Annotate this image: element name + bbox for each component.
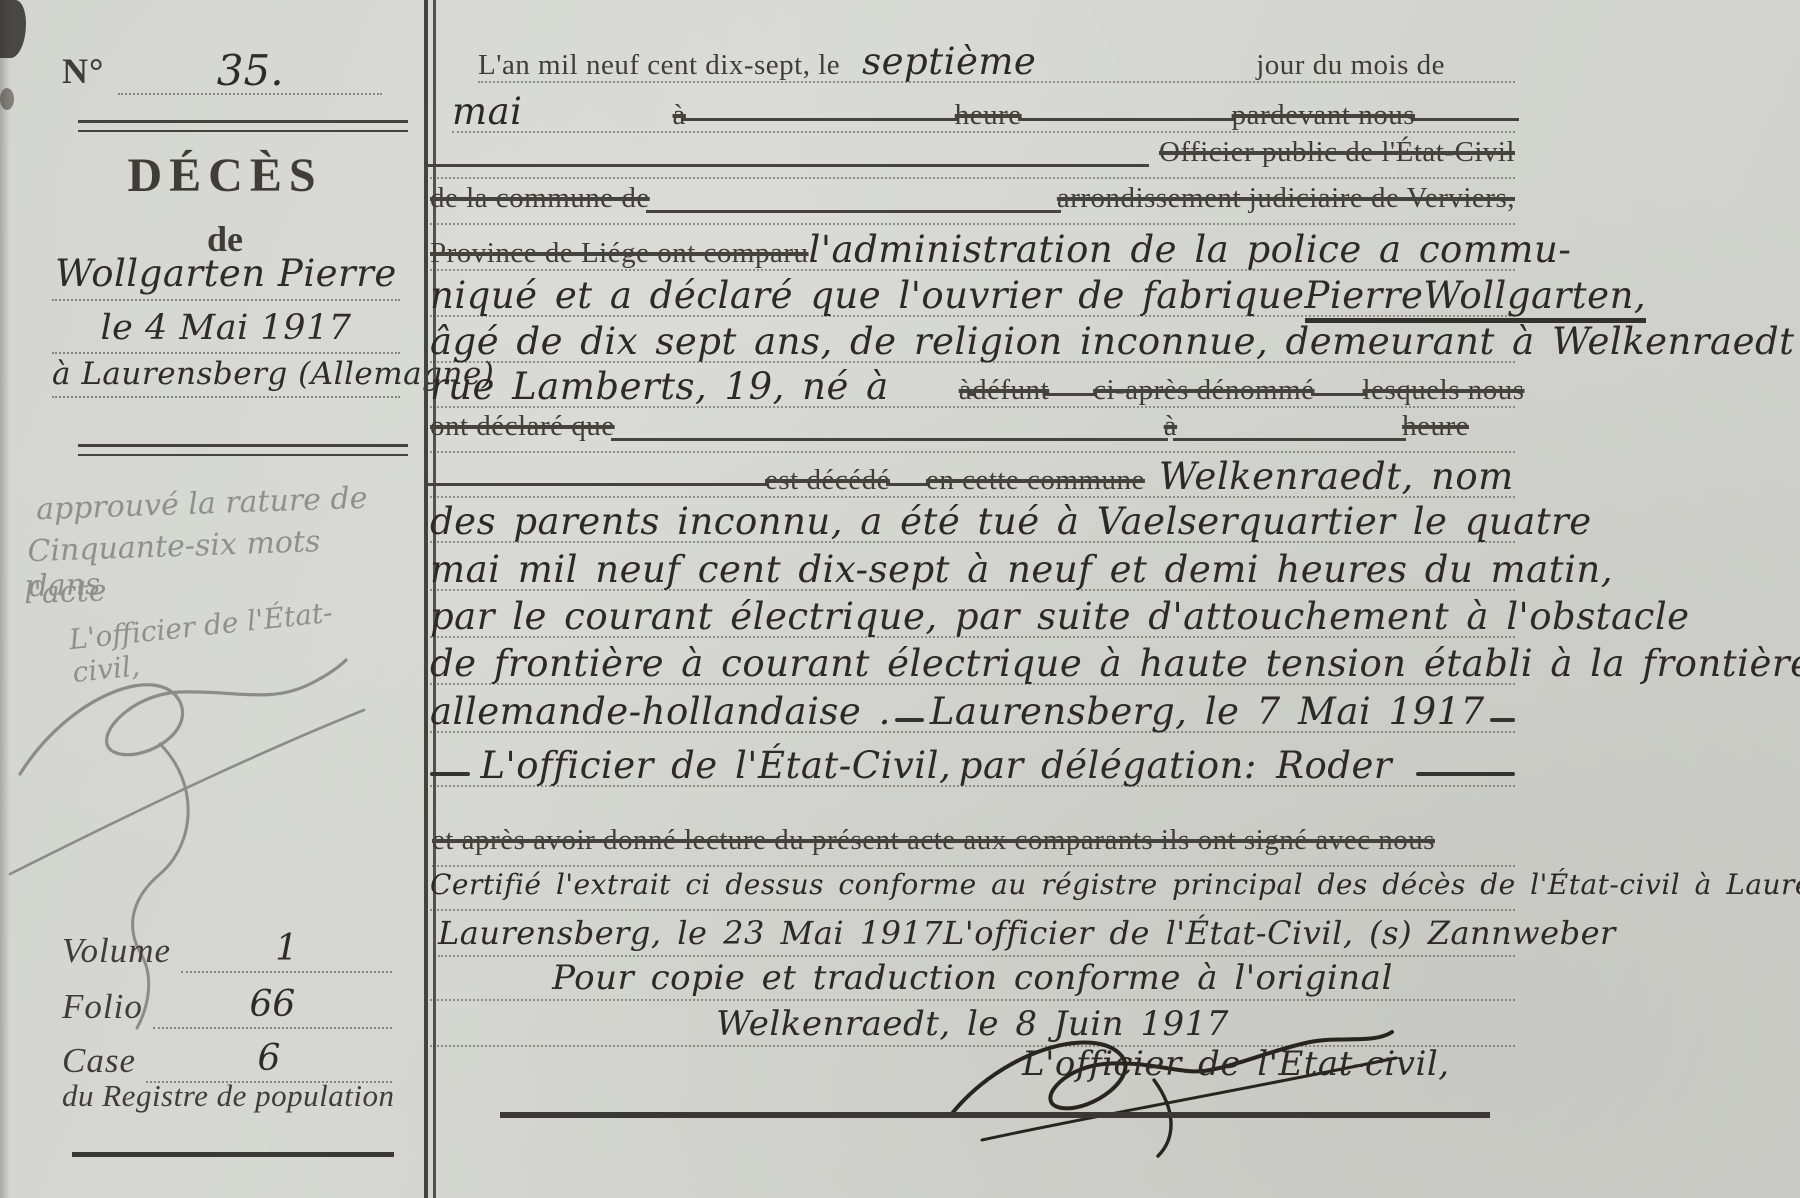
officer-pencil-signature: [8, 622, 380, 1042]
handwritten-text: de frontière à courant électrique à haut…: [430, 642, 1800, 685]
handwritten-dash: [895, 718, 925, 722]
dotted-blank-line: [889, 365, 959, 413]
act-line-17: et après avoir donné lecture du présent …: [432, 824, 1515, 872]
struck-blank-line: [1049, 365, 1093, 413]
act-number-value: 35.: [217, 46, 284, 95]
act-line-5: Province de Liége ont comparul'administr…: [430, 228, 1515, 276]
printed-form-text: à: [672, 99, 685, 132]
handwritten-text: Pour copie et traduction conforme à l'or…: [552, 958, 1393, 998]
printed-form-text: heure: [1402, 410, 1469, 443]
printed-form-text: arrondissement judiciaire de Verviers,: [1057, 182, 1515, 215]
struck-blank-line: [430, 455, 765, 503]
handwritten-text: mai: [452, 90, 522, 133]
registry-folio-label: Folio: [62, 987, 143, 1027]
dotted-blank-line: [522, 90, 672, 138]
handwritten-text: mai mil neuf cent dix-sept à neuf et dem…: [430, 548, 1613, 591]
act-line-3: Officier public de l'État-Civil: [430, 136, 1515, 184]
printed-form-text: lesquels nous: [1363, 374, 1525, 407]
act-line-15: allemande-hollandaise .Laurensberg, le 7…: [430, 690, 1515, 738]
handwritten-text: rue Lamberts, 19, né à: [430, 365, 889, 408]
handwritten-text: Laurensberg, le 7 Mai 1917: [930, 690, 1485, 733]
handwritten-text: l'administration de la police a commu-: [809, 228, 1572, 271]
printed-form-text: pardevant nous: [1232, 99, 1415, 132]
act-number-row: N° 35.: [62, 44, 382, 95]
printed-form-text: en cette commune: [926, 464, 1145, 497]
handwritten-text: Welkenraedt, le 8 Juin 1917: [716, 1004, 1229, 1044]
act-number-line: 35.: [118, 44, 382, 95]
registry-volume-row: Volume 1: [62, 930, 392, 973]
struck-blank-line: [1415, 90, 1515, 138]
act-line-8: rue Lamberts, 19, né ààdéfuntci-après dé…: [430, 365, 1515, 413]
registry-folio-row: Folio 66: [62, 986, 392, 1029]
registry-volume-label: Volume: [62, 931, 171, 971]
registry-folio-value: 66: [250, 984, 296, 1025]
death-date: le 4 Mai 1917: [100, 308, 351, 348]
struck-blank-line: [1177, 410, 1402, 458]
struck-blank-line: [650, 182, 1057, 230]
printed-form-text: ci-après dénommé: [1093, 374, 1314, 407]
handwritten-text: Pierre: [1305, 274, 1424, 323]
handwritten-text: niqué et a déclaré que l'ouvrier de fabr…: [430, 274, 1305, 317]
deceased-name: Wollgarten Pierre: [55, 252, 397, 295]
handwritten-text: Roder: [1276, 744, 1392, 787]
handwritten-text: par le courant électrique, par suite d'a…: [430, 595, 1690, 638]
printed-form-text: et après avoir donné lecture du présent …: [432, 824, 1435, 857]
handwritten-text: des parents inconnu, a été tué à Vaelser…: [430, 500, 1592, 543]
margin-death-place-row: à Laurensberg (Allemagne): [52, 356, 400, 398]
act-number-label: N°: [62, 50, 104, 92]
dotted-blank-line: [1445, 40, 1515, 88]
struck-blank-line: [1022, 90, 1232, 138]
dotted-blank-line: [1469, 410, 1515, 458]
registry-volume-line: 1: [181, 930, 392, 973]
act-line-10: est décédéen cette communeWelkenraedt, n…: [430, 455, 1515, 503]
margin-deceased-name-row: Wollgarten Pierre: [52, 252, 400, 301]
act-line-1: L'an mil neuf cent dix-sept, leseptièmej…: [478, 40, 1515, 88]
registry-volume-value: 1: [275, 928, 298, 969]
body-bottom-rule: [500, 1112, 1490, 1118]
act-line-2: maiàheurepardevant nous: [452, 90, 1515, 138]
printed-form-text: est décédé: [765, 464, 890, 497]
act-line-7: âgé de dix sept ans, de religion inconnu…: [430, 320, 1515, 368]
handwritten-text: septième: [862, 40, 1036, 83]
handwritten-text: Wollgarten,: [1423, 274, 1646, 323]
act-line-19: Laurensberg, le 23 Mai 1917L'officier de…: [438, 914, 1515, 962]
act-line-11: des parents inconnu, a été tué à Vaelser…: [430, 500, 1515, 548]
handwritten-text: par délégation:: [959, 744, 1257, 787]
act-line-16: L'officier de l'État-Civil,par délégatio…: [430, 744, 1515, 792]
handwritten-dash: [1416, 772, 1515, 776]
margin-bottom-rule: [72, 1152, 394, 1157]
printed-form-text: Officier public de l'État-Civil: [1159, 136, 1515, 169]
handwritten-text: L'officier de l'État-Civil,: [480, 744, 951, 787]
struck-blank-line: [615, 410, 1164, 458]
struck-blank-line: [686, 90, 955, 138]
act-line-12: mai mil neuf cent dix-sept à neuf et dem…: [430, 548, 1515, 596]
act-line-18: Certifié l'extrait ci dessus conforme au…: [430, 868, 1515, 916]
dotted-blank-line: [1036, 40, 1256, 88]
struck-blank-line: [1315, 365, 1363, 413]
registry-case-row: Case 6: [62, 1040, 392, 1083]
printed-form-text: à: [1164, 410, 1177, 443]
printed-form-text: heure: [955, 99, 1022, 132]
registry-case-label: Case: [62, 1041, 136, 1081]
death-certificate-page: N° 35. DÉCÈS de Wollgarten Pierre le 4 M…: [0, 0, 1800, 1198]
handwritten-dash: [430, 772, 470, 776]
printed-form-text: L'an mil neuf cent dix-sept, le: [478, 49, 840, 82]
handwritten-text: Welkenraedt, nom: [1159, 455, 1514, 498]
act-line-4: de la commune dearrondissement judiciair…: [430, 182, 1515, 230]
printed-form-text: défunt: [972, 374, 1049, 407]
act-line-20: Pour copie et traduction conforme à l'or…: [430, 958, 1515, 1006]
handwritten-text: Certifié l'extrait ci dessus conforme au…: [430, 868, 1800, 901]
margin-double-rule-top: [78, 120, 408, 132]
printed-form-text: à: [959, 374, 972, 407]
act-type-title: DÉCÈS: [60, 148, 390, 203]
printed-form-text: jour du mois de: [1256, 49, 1445, 82]
printed-form-text: de la commune de: [430, 182, 650, 215]
act-line-13: par le courant électrique, par suite d'a…: [430, 595, 1515, 643]
margin-death-date-row: le 4 Mai 1917: [52, 308, 400, 354]
registry-footer: du Registre de population: [62, 1078, 402, 1114]
act-line-14: de frontière à courant électrique à haut…: [430, 642, 1515, 690]
registry-case-line: 6: [146, 1040, 392, 1083]
act-line-9: ont déclaré queàheure: [430, 410, 1515, 458]
handwritten-text: Laurensberg, le 23 Mai 1917: [438, 914, 943, 952]
struck-blank-line: [890, 455, 926, 503]
handwritten-text: allemande-hollandaise .: [430, 690, 891, 733]
printed-form-text: Province de Liége ont comparu: [430, 237, 809, 270]
handwritten-text: âgé de dix sept ans, de religion inconnu…: [430, 320, 1795, 363]
handwritten-text: L'officier de l'État-Civil, (s) Zannwebe…: [943, 914, 1616, 952]
registry-folio-line: 66: [153, 986, 392, 1029]
approval-note-line1: approuvé la rature de: [35, 480, 396, 528]
struck-blank-line: [430, 136, 1145, 184]
printed-form-text: ont déclaré que: [430, 410, 615, 443]
handwritten-dash: [1490, 718, 1515, 722]
act-line-6: niqué et a déclaré que l'ouvrier de fabr…: [430, 274, 1515, 322]
registry-case-value: 6: [258, 1038, 281, 1079]
handwritten-text: L'officier de l'État-civil,: [1022, 1044, 1450, 1084]
margin-double-rule-mid: [78, 444, 408, 456]
